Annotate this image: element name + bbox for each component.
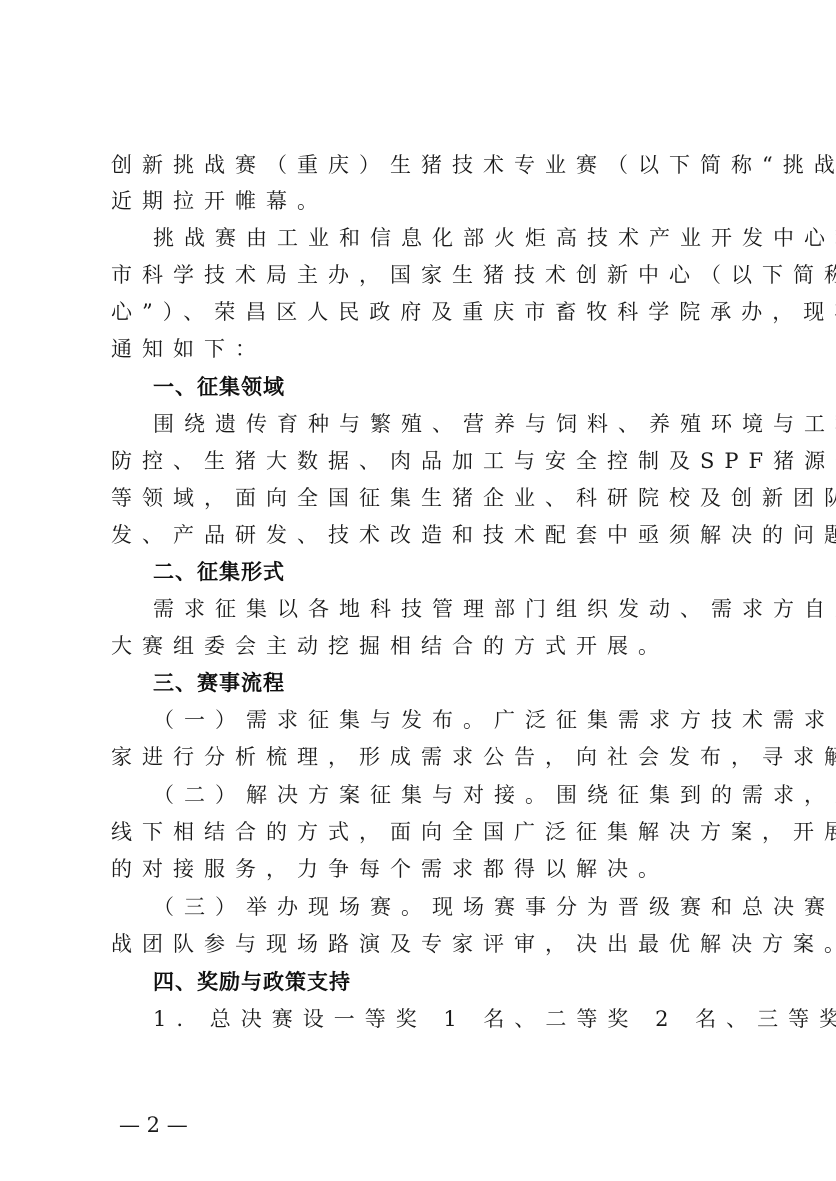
paragraph-line: 心”）、荣昌区人民政府及重庆市畜牧科学院承办，现将有关事宜 (111, 297, 836, 327)
paragraph-line: 等领域，面向全国征集生猪企业、科研院校及创新团队在技术研 (111, 483, 836, 513)
paragraph-line: 大赛组委会主动挖掘相结合的方式开展。 (111, 631, 669, 661)
paragraph-line: 家进行分析梳理，形成需求公告，向社会发布，寻求解决方案。 (111, 742, 836, 772)
page-number: — 2 — (119, 1110, 188, 1140)
section-heading-collection-form: 二、征集形式 (153, 557, 285, 587)
paragraph-line: 通知如下： (111, 334, 266, 364)
paragraph-line: 挑战赛由工业和信息化部火炬高技术产业开发中心和重庆 (153, 223, 836, 253)
paragraph-line: 近期拉开帷幕。 (111, 186, 328, 216)
paragraph-line: 围绕遗传育种与繁殖、营养与饲料、养殖环境与工程、疫病 (153, 409, 836, 439)
paragraph-line: 防控、生猪大数据、肉品加工与安全控制及SPF猪源性生物制品 (111, 446, 836, 476)
paragraph-line: 创新挑战赛（重庆）生猪技术专业赛（以下简称“挑战赛”）将于 (111, 150, 836, 180)
paragraph-line: 需求征集以各地科技管理部门组织发动、需求方自主填报、 (153, 594, 836, 624)
paragraph-line: 1. 总决赛设一等奖 1 名、二等奖 2 名、三等奖 3 名，颁发 (153, 1004, 836, 1034)
paragraph-line: 发、产品研发、技术改造和技术配套中亟须解决的问题。 (111, 520, 836, 550)
paragraph-line: （三）举办现场赛。现场赛事分为晋级赛和总决赛，组织挑 (153, 892, 836, 922)
section-heading-rewards-policy: 四、奖励与政策支持 (153, 967, 351, 997)
paragraph-line: 的对接服务，力争每个需求都得以解决。 (111, 854, 669, 884)
paragraph-line: （二）解决方案征集与对接。围绕征集到的需求，采取线上 (153, 780, 836, 810)
paragraph-line: 市科学技术局主办，国家生猪技术创新中心（以下简称“国猪中 (111, 260, 836, 290)
document-page: 创新挑战赛（重庆）生猪技术专业赛（以下简称“挑战赛”）将于 近期拉开帷幕。 挑战… (0, 0, 836, 1181)
paragraph-line: 战团队参与现场路演及专家评审，决出最优解决方案。 (111, 929, 836, 959)
paragraph-line: （一）需求征集与发布。广泛征集需求方技术需求，组织专 (153, 705, 836, 735)
section-heading-collection-scope: 一、征集领域 (153, 372, 285, 402)
paragraph-line: 线下相结合的方式，面向全国广泛征集解决方案，开展形式多样 (111, 817, 836, 847)
section-heading-competition-process: 三、赛事流程 (153, 668, 285, 698)
